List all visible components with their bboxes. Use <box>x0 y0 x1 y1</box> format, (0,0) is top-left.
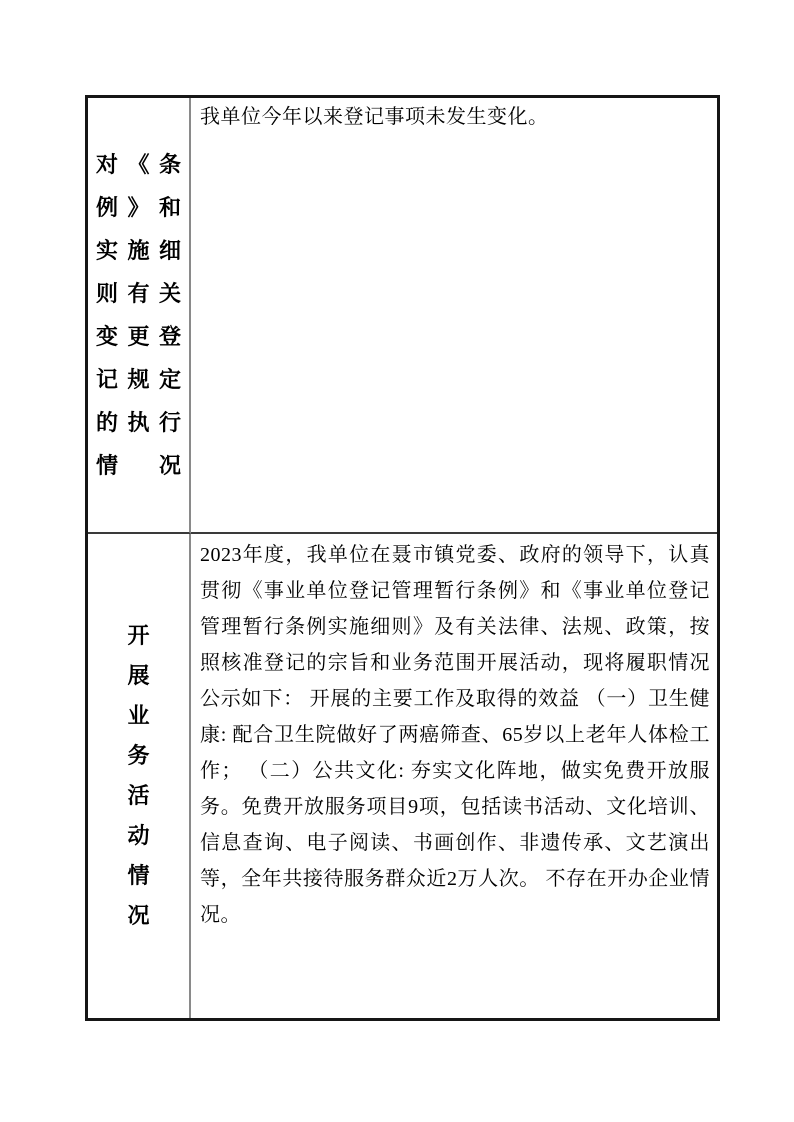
label-line: 动 <box>96 816 181 856</box>
label-line: 则有关 <box>96 272 181 315</box>
business-activity-text: 2023年度，我单位在聂市镇党委、政府的领导下，认真贯彻《事业单位登记管理暂行条… <box>200 537 710 933</box>
label-line: 的执行 <box>96 401 181 444</box>
label-line: 对《条 <box>96 143 181 186</box>
label-line: 实施细 <box>96 229 181 272</box>
label-line: 况 <box>96 896 181 936</box>
label-line: 务 <box>96 736 181 776</box>
label-line: 活 <box>96 776 181 816</box>
regulation-compliance-text: 我单位今年以来登记事项未发生变化。 <box>200 99 710 135</box>
document-page: 对《条 例》和 实施细 则有关 变更登 记规定 的执行 情况 我单位今年以来登记… <box>0 0 794 1122</box>
label-line: 展 <box>96 656 181 696</box>
regulation-compliance-label-cell: 对《条 例》和 实施细 则有关 变更登 记规定 的执行 情况 <box>88 98 191 534</box>
business-activity-label-cell: 开 展 业 务 活 动 情 况 <box>88 534 191 1018</box>
label-line: 情况 <box>96 444 181 487</box>
label-line: 变更登 <box>96 315 181 358</box>
regulation-compliance-content-cell: 我单位今年以来登记事项未发生变化。 <box>191 98 717 534</box>
business-activity-content-cell: 2023年度，我单位在聂市镇党委、政府的领导下，认真贯彻《事业单位登记管理暂行条… <box>191 534 717 1018</box>
label-line: 例》和 <box>96 186 181 229</box>
label-line: 开 <box>96 616 181 656</box>
label-line: 情 <box>96 856 181 896</box>
label-line: 记规定 <box>96 358 181 401</box>
annual-report-table: 对《条 例》和 实施细 则有关 变更登 记规定 的执行 情况 我单位今年以来登记… <box>85 95 720 1021</box>
label-line: 业 <box>96 696 181 736</box>
